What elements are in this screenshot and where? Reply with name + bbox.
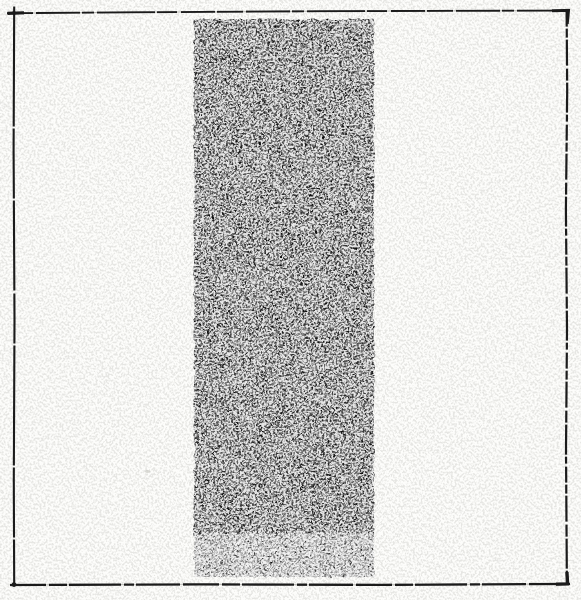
black-rectangle-bottom-band <box>194 533 374 577</box>
frame-bottom-line <box>10 584 570 585</box>
black-rectangle-body <box>194 19 374 577</box>
frame-corner-bottom-right <box>556 572 568 584</box>
frame-corner-top-left-dot <box>12 11 16 15</box>
frame-left-line <box>14 7 15 586</box>
margin-smudge <box>145 470 150 473</box>
frame-right-line <box>566 11 567 585</box>
artwork-canvas <box>0 0 581 600</box>
frame-corner-bottom-left-dot <box>12 582 17 587</box>
frame-top-line <box>7 11 568 14</box>
black-rectangle <box>192 17 376 579</box>
black-rectangle-mottle <box>194 19 374 577</box>
